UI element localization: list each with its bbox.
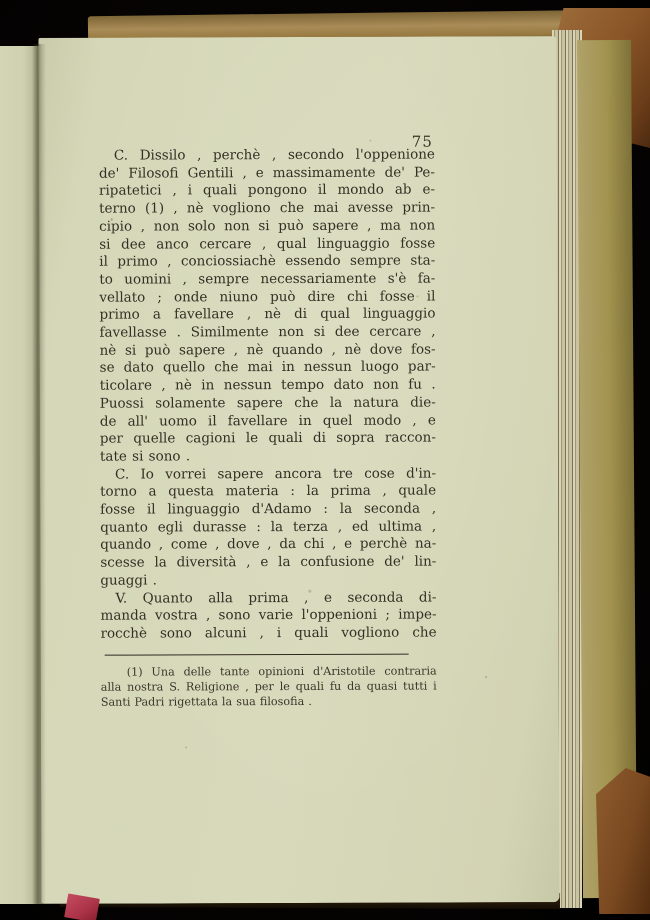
text-line: quanto egli durasse : la terza , ed ulti… bbox=[100, 518, 436, 537]
book-page: 75 C. Dissilo , perchè , secondo l'oppen… bbox=[38, 36, 559, 904]
text-line: favellasse . Similmente non si dee cerca… bbox=[99, 324, 435, 343]
footnote-line: alla nostra S. Religione , per le quali … bbox=[101, 678, 437, 694]
text-line: quando , come , dove , da chi , e perchè… bbox=[100, 536, 436, 555]
text-line: rocchè sono alcuni , i quali vogliono ch… bbox=[101, 625, 437, 644]
text-line: vellato ; onde niuno può dire chi fosse … bbox=[99, 288, 435, 307]
footnote-line: Santi Padri rigettata la sua filosofia . bbox=[101, 694, 437, 710]
book-scan: 75 C. Dissilo , perchè , secondo l'oppen… bbox=[0, 0, 650, 920]
text-line: primo a favellare , nè di qual linguaggi… bbox=[99, 306, 435, 325]
text-line: ripatetici , i quali pongono il mondo ab… bbox=[99, 182, 435, 201]
paragraph-1: C. Dissilo , perchè , secondo l'oppenion… bbox=[99, 147, 436, 467]
text-line: nè si può sapere , nè quando , nè dove f… bbox=[100, 341, 436, 360]
text-line: torno a questa materia : la prima , qual… bbox=[100, 483, 436, 502]
paragraph-2: C. Io vorrei sapere ancora tre cose d'in… bbox=[100, 465, 436, 590]
text-line: scesse la diversità , e la confusione de… bbox=[100, 554, 436, 573]
text-line: guaggi . bbox=[100, 571, 436, 590]
leather-cover-bottom-right bbox=[596, 768, 650, 914]
text-line: tate si sono . bbox=[100, 447, 436, 466]
text-line: C. Dissilo , perchè , secondo l'oppenion… bbox=[99, 147, 435, 166]
text-line: Puossi solamente sapere che la natura di… bbox=[100, 394, 436, 413]
text-line: C. Io vorrei sapere ancora tre cose d'in… bbox=[100, 465, 436, 484]
text-line: cipio , non solo non si può sapere , ma … bbox=[99, 217, 435, 236]
text-line: de' Filosofi Gentili , e massimamente de… bbox=[99, 164, 435, 183]
footnote-rule bbox=[105, 653, 409, 655]
bookmark-ribbon bbox=[64, 893, 100, 920]
text-line: to uomini , sempre necessariamente s'è f… bbox=[99, 270, 435, 289]
binding-gutter-shadow bbox=[32, 44, 46, 904]
text-block: C. Dissilo , perchè , secondo l'oppenion… bbox=[99, 147, 437, 710]
paragraph-3: V. Quanto alla prima , e seconda di- man… bbox=[100, 589, 436, 643]
text-line: manda vostra , sono varie l'oppenioni ; … bbox=[100, 607, 436, 626]
text-line: de all' uomo il favellare in quel modo ,… bbox=[100, 412, 436, 431]
text-line: il primo , conciossiachè essendo sempre … bbox=[99, 253, 435, 272]
text-line: ticolare , nè in nessun tempo dato non f… bbox=[100, 377, 436, 396]
text-line: se dato quello che mai in nessun luogo p… bbox=[100, 359, 436, 378]
text-line: V. Quanto alla prima , e seconda di- bbox=[100, 589, 436, 608]
footnote: (1) Una delle tante opinioni d'Aristotil… bbox=[101, 663, 437, 710]
text-line: terno (1) , nè vogliono che mai avesse p… bbox=[99, 200, 435, 219]
text-line: per quelle cagioni le quali di sopra rac… bbox=[100, 430, 436, 449]
text-line: fosse il linguaggio d'Adamo : la seconda… bbox=[100, 501, 436, 520]
text-line: si dee anco cercare , qual linguaggio fo… bbox=[99, 235, 435, 254]
footnote-line: (1) Una delle tante opinioni d'Aristotil… bbox=[101, 663, 437, 679]
